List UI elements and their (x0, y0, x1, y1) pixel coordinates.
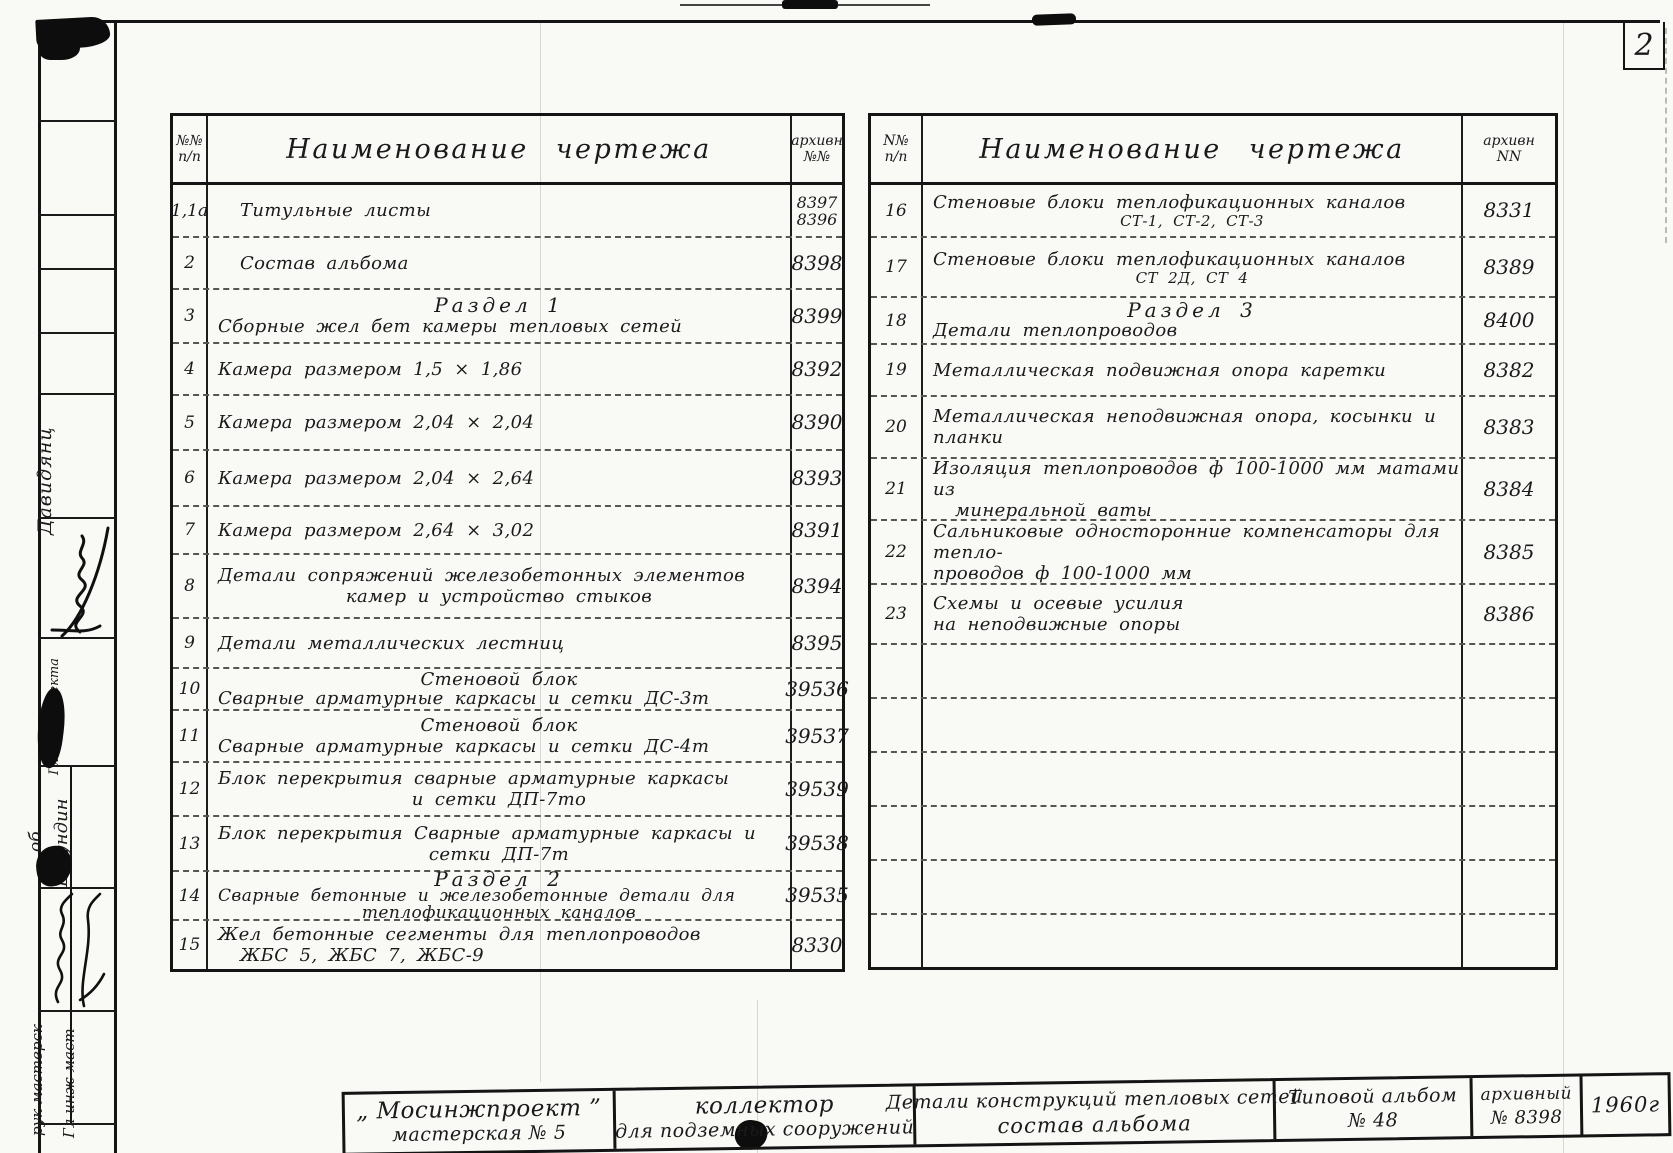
drawing-name-cell: Металлическая неподвижная опора, косынки… (923, 397, 1463, 457)
row-number-cell: 8 (173, 555, 208, 617)
margin-cell-divider (38, 214, 116, 216)
year-cell: 1960г (1583, 1075, 1669, 1134)
margin-strip-left-border (38, 20, 41, 1153)
row-number-cell: 14 (173, 872, 208, 919)
archive-number-cell: 8389 (1463, 238, 1555, 296)
drawing-name-cell: Схемы и осевые усилияна неподвижные опор… (923, 585, 1463, 643)
fold-crease (1563, 22, 1564, 1153)
row-number-cell: 13 (173, 817, 208, 870)
table-row: 8 Детали сопряжений железобетонных элеме… (173, 555, 842, 619)
role-workshop-chief-engineer: Гл инж маст (60, 1028, 78, 1138)
table-row: 22 Сальниковые односторонние компенсатор… (871, 521, 1555, 585)
archive-number-cell: 83978396 (792, 185, 842, 236)
archive-number-cell: 39537 (792, 711, 842, 761)
table-row: 14 Раздел 2Сварные бетонные и железобето… (173, 872, 842, 921)
drawing-name-cell: Камера размером 2,64 × 3,02 (208, 507, 792, 553)
drawing-name-cell: Титульные листы (208, 185, 792, 236)
ink-blot (782, 0, 838, 9)
drawing-name-cell: Раздел 3Детали теплопроводов (923, 298, 1463, 343)
margin-cell-divider (38, 120, 116, 122)
sheet-title-cell: Детали конструкций тепловых сетей состав… (916, 1081, 1277, 1144)
table-header-row: N№ п/п Наименование чертежа архивн NN (871, 116, 1555, 185)
row-number-cell: 1,1а (173, 185, 208, 236)
row-number-cell: 19 (871, 345, 923, 395)
row-number-cell: 15 (173, 921, 208, 969)
table-row: 9 Детали металлических лестниц 8395 (173, 619, 842, 669)
drawing-name-cell: Детали металлических лестниц (208, 619, 792, 667)
row-number-cell: 22 (871, 521, 923, 583)
table-row: 13 Блок перекрытия Сварные арматурные ка… (173, 817, 842, 872)
row-number-cell: 23 (871, 585, 923, 643)
archive-number-cell: архивный № 8398 (1473, 1076, 1584, 1136)
row-number-cell: 3 (173, 290, 208, 342)
table-row: 17 Стеновые блоки теплофикационных канал… (871, 238, 1555, 298)
row-number-cell: 4 (173, 344, 208, 394)
archive-number-cell: 39536 (792, 669, 842, 709)
row-number-cell: 21 (871, 459, 923, 519)
sheet-number: 2 (1634, 28, 1653, 63)
margin-cell-divider (38, 393, 116, 395)
empty-row (871, 699, 1555, 753)
margin-cell-divider (38, 887, 116, 889)
row-number-cell: 10 (173, 669, 208, 709)
table-row: 10 Стеновой блокСварные арматурные карка… (173, 669, 842, 711)
table-row: 2 Состав альбома 8398 (173, 238, 842, 290)
archive-number-cell: 8382 (1463, 345, 1555, 395)
role-workshop-head: рук мастерск (28, 1024, 46, 1136)
archive-number-cell: 8398 (792, 238, 842, 288)
table-row: 3 Раздел 1Сборные жел бет камеры тепловы… (173, 290, 842, 344)
table-row: 12 Блок перекрытия сварные арматурные ка… (173, 763, 842, 817)
archive-number-cell: 8399 (792, 290, 842, 342)
signature-scribble (44, 890, 108, 1008)
archive-number-cell: 8331 (1463, 185, 1555, 236)
margin-cell-divider (38, 1010, 116, 1012)
archive-number-cell: 8393 (792, 451, 842, 505)
row-number-cell: 5 (173, 396, 208, 449)
drawing-name-cell: Камера размером 1,5 × 1,86 (208, 344, 792, 394)
drawing-name-cell: Изоляция теплопроводов ф 100-1000 мм мат… (923, 459, 1463, 519)
sheet-number-box: 2 (1623, 22, 1665, 70)
row-number-cell: 7 (173, 507, 208, 553)
empty-row (871, 645, 1555, 699)
contents-table-left: №№ п/п Наименование чертежа архивн №№ 1,… (170, 113, 845, 972)
table-row: 21 Изоляция теплопроводов ф 100-1000 мм … (871, 459, 1555, 521)
archive-number-cell: 8391 (792, 507, 842, 553)
margin-cell-divider (38, 332, 116, 334)
empty-row (871, 915, 1555, 967)
archive-number-cell: 8383 (1463, 397, 1555, 457)
organization-cell: „ Мосинжпроект ” мастерская № 5 (345, 1091, 617, 1153)
archive-number-cell: 8390 (792, 396, 842, 449)
table-row: 11 Стеновой блокСварные арматурные карка… (173, 711, 842, 763)
drawing-name-cell: Раздел 1Сборные жел бет камеры тепловых … (208, 290, 792, 342)
row-number-cell: 6 (173, 451, 208, 505)
drawing-name-cell: Сальниковые односторонние компенсаторы д… (923, 521, 1463, 583)
row-number-cell: 17 (871, 238, 923, 296)
header-name-cell: Наименование чертежа (208, 116, 792, 182)
signature-scribble (42, 518, 112, 638)
row-number-cell: 20 (871, 397, 923, 457)
drawing-name-cell: Детали сопряжений железобетонных элемент… (208, 555, 792, 617)
header-number-cell: №№ п/п (173, 116, 208, 182)
drawing-name-cell: Блок перекрытия сварные арматурные карка… (208, 763, 792, 815)
table-row: 7 Камера размером 2,64 × 3,02 8391 (173, 507, 842, 555)
table-row: 16 Стеновые блоки теплофикационных канал… (871, 185, 1555, 238)
table-row: 15 Жел бетонные сегменты для теплопровод… (173, 921, 842, 969)
drawing-name-cell: Стеновой блокСварные арматурные каркасы … (208, 669, 792, 709)
drawing-name-cell: Состав альбома (208, 238, 792, 288)
drawing-name-cell: Металлическая подвижная опора каретки (923, 345, 1463, 395)
header-archive-cell: архивн №№ (792, 116, 842, 182)
header-name-cell: Наименование чертежа (923, 116, 1463, 182)
drawing-name-cell: Раздел 2Сварные бетонные и железобетонны… (208, 872, 792, 919)
table-header-row: №№ п/п Наименование чертежа архивн №№ (173, 116, 842, 185)
archive-number-cell: 39539 (792, 763, 842, 815)
fold-crease (1665, 28, 1667, 243)
archive-number-cell: 8392 (792, 344, 842, 394)
empty-row (871, 753, 1555, 807)
table-row: 19 Металлическая подвижная опора каретки… (871, 345, 1555, 397)
drawing-name-cell: Камера размером 2,04 × 2,64 (208, 451, 792, 505)
archive-number-cell: 8400 (1463, 298, 1555, 343)
drawing-name-cell: Стеновые блоки теплофикационных каналовС… (923, 238, 1463, 296)
contents-table-right: N№ п/п Наименование чертежа архивн NN 16… (868, 113, 1558, 970)
object-cell: коллектор для подземных сооружений (616, 1086, 917, 1148)
archive-number-cell: 8385 (1463, 521, 1555, 583)
table-row: 23 Схемы и осевые усилияна неподвижные о… (871, 585, 1555, 645)
row-number-cell: 2 (173, 238, 208, 288)
row-number-cell: 18 (871, 298, 923, 343)
page-frame-top (38, 20, 1660, 23)
archive-number-cell: 8395 (792, 619, 842, 667)
document-page: { "page": { "sheet_number": "2" }, "left… (0, 0, 1673, 1153)
table-row: 6 Камера размером 2,04 × 2,64 8393 (173, 451, 842, 507)
table-row: 18 Раздел 3Детали теплопроводов 8400 (871, 298, 1555, 345)
row-number-cell: 12 (173, 763, 208, 815)
margin-cell-divider (38, 268, 116, 270)
drawing-name-cell: Стеновой блокСварные арматурные каркасы … (208, 711, 792, 761)
archive-number-cell: 39538 (792, 817, 842, 870)
table-row: 4 Камера размером 1,5 × 1,86 8392 (173, 344, 842, 396)
row-number-cell: 11 (173, 711, 208, 761)
drawing-name-cell: Стеновые блоки теплофикационных каналовС… (923, 185, 1463, 236)
table-row: 5 Камера размером 2,04 × 2,04 8390 (173, 396, 842, 451)
drawing-name-cell: Жел бетонные сегменты для теплопроводовЖ… (208, 921, 792, 969)
drawing-name-cell: Блок перекрытия Сварные арматурные карка… (208, 817, 792, 870)
header-archive-cell: архивн NN (1463, 116, 1555, 182)
row-number-cell: 9 (173, 619, 208, 667)
header-number-cell: N№ п/п (871, 116, 923, 182)
table-row: 1,1а Титульные листы 83978396 (173, 185, 842, 238)
archive-number-cell: 8330 (792, 921, 842, 969)
row-number-cell: 16 (871, 185, 923, 236)
ink-blot (1032, 13, 1076, 26)
archive-number-cell: 8384 (1463, 459, 1555, 519)
archive-number-cell: 39535 (792, 872, 842, 919)
drawing-name-cell: Камера размером 2,04 × 2,04 (208, 396, 792, 449)
archive-number-cell: 8394 (792, 555, 842, 617)
ink-blot (40, 34, 80, 60)
empty-row (871, 807, 1555, 861)
empty-row (871, 861, 1555, 915)
margin-strip-right-border (114, 20, 117, 1153)
album-number-cell: Типовой альбом № 48 (1276, 1078, 1474, 1139)
archive-number-cell: 8386 (1463, 585, 1555, 643)
table-row: 20 Металлическая неподвижная опора, косы… (871, 397, 1555, 459)
